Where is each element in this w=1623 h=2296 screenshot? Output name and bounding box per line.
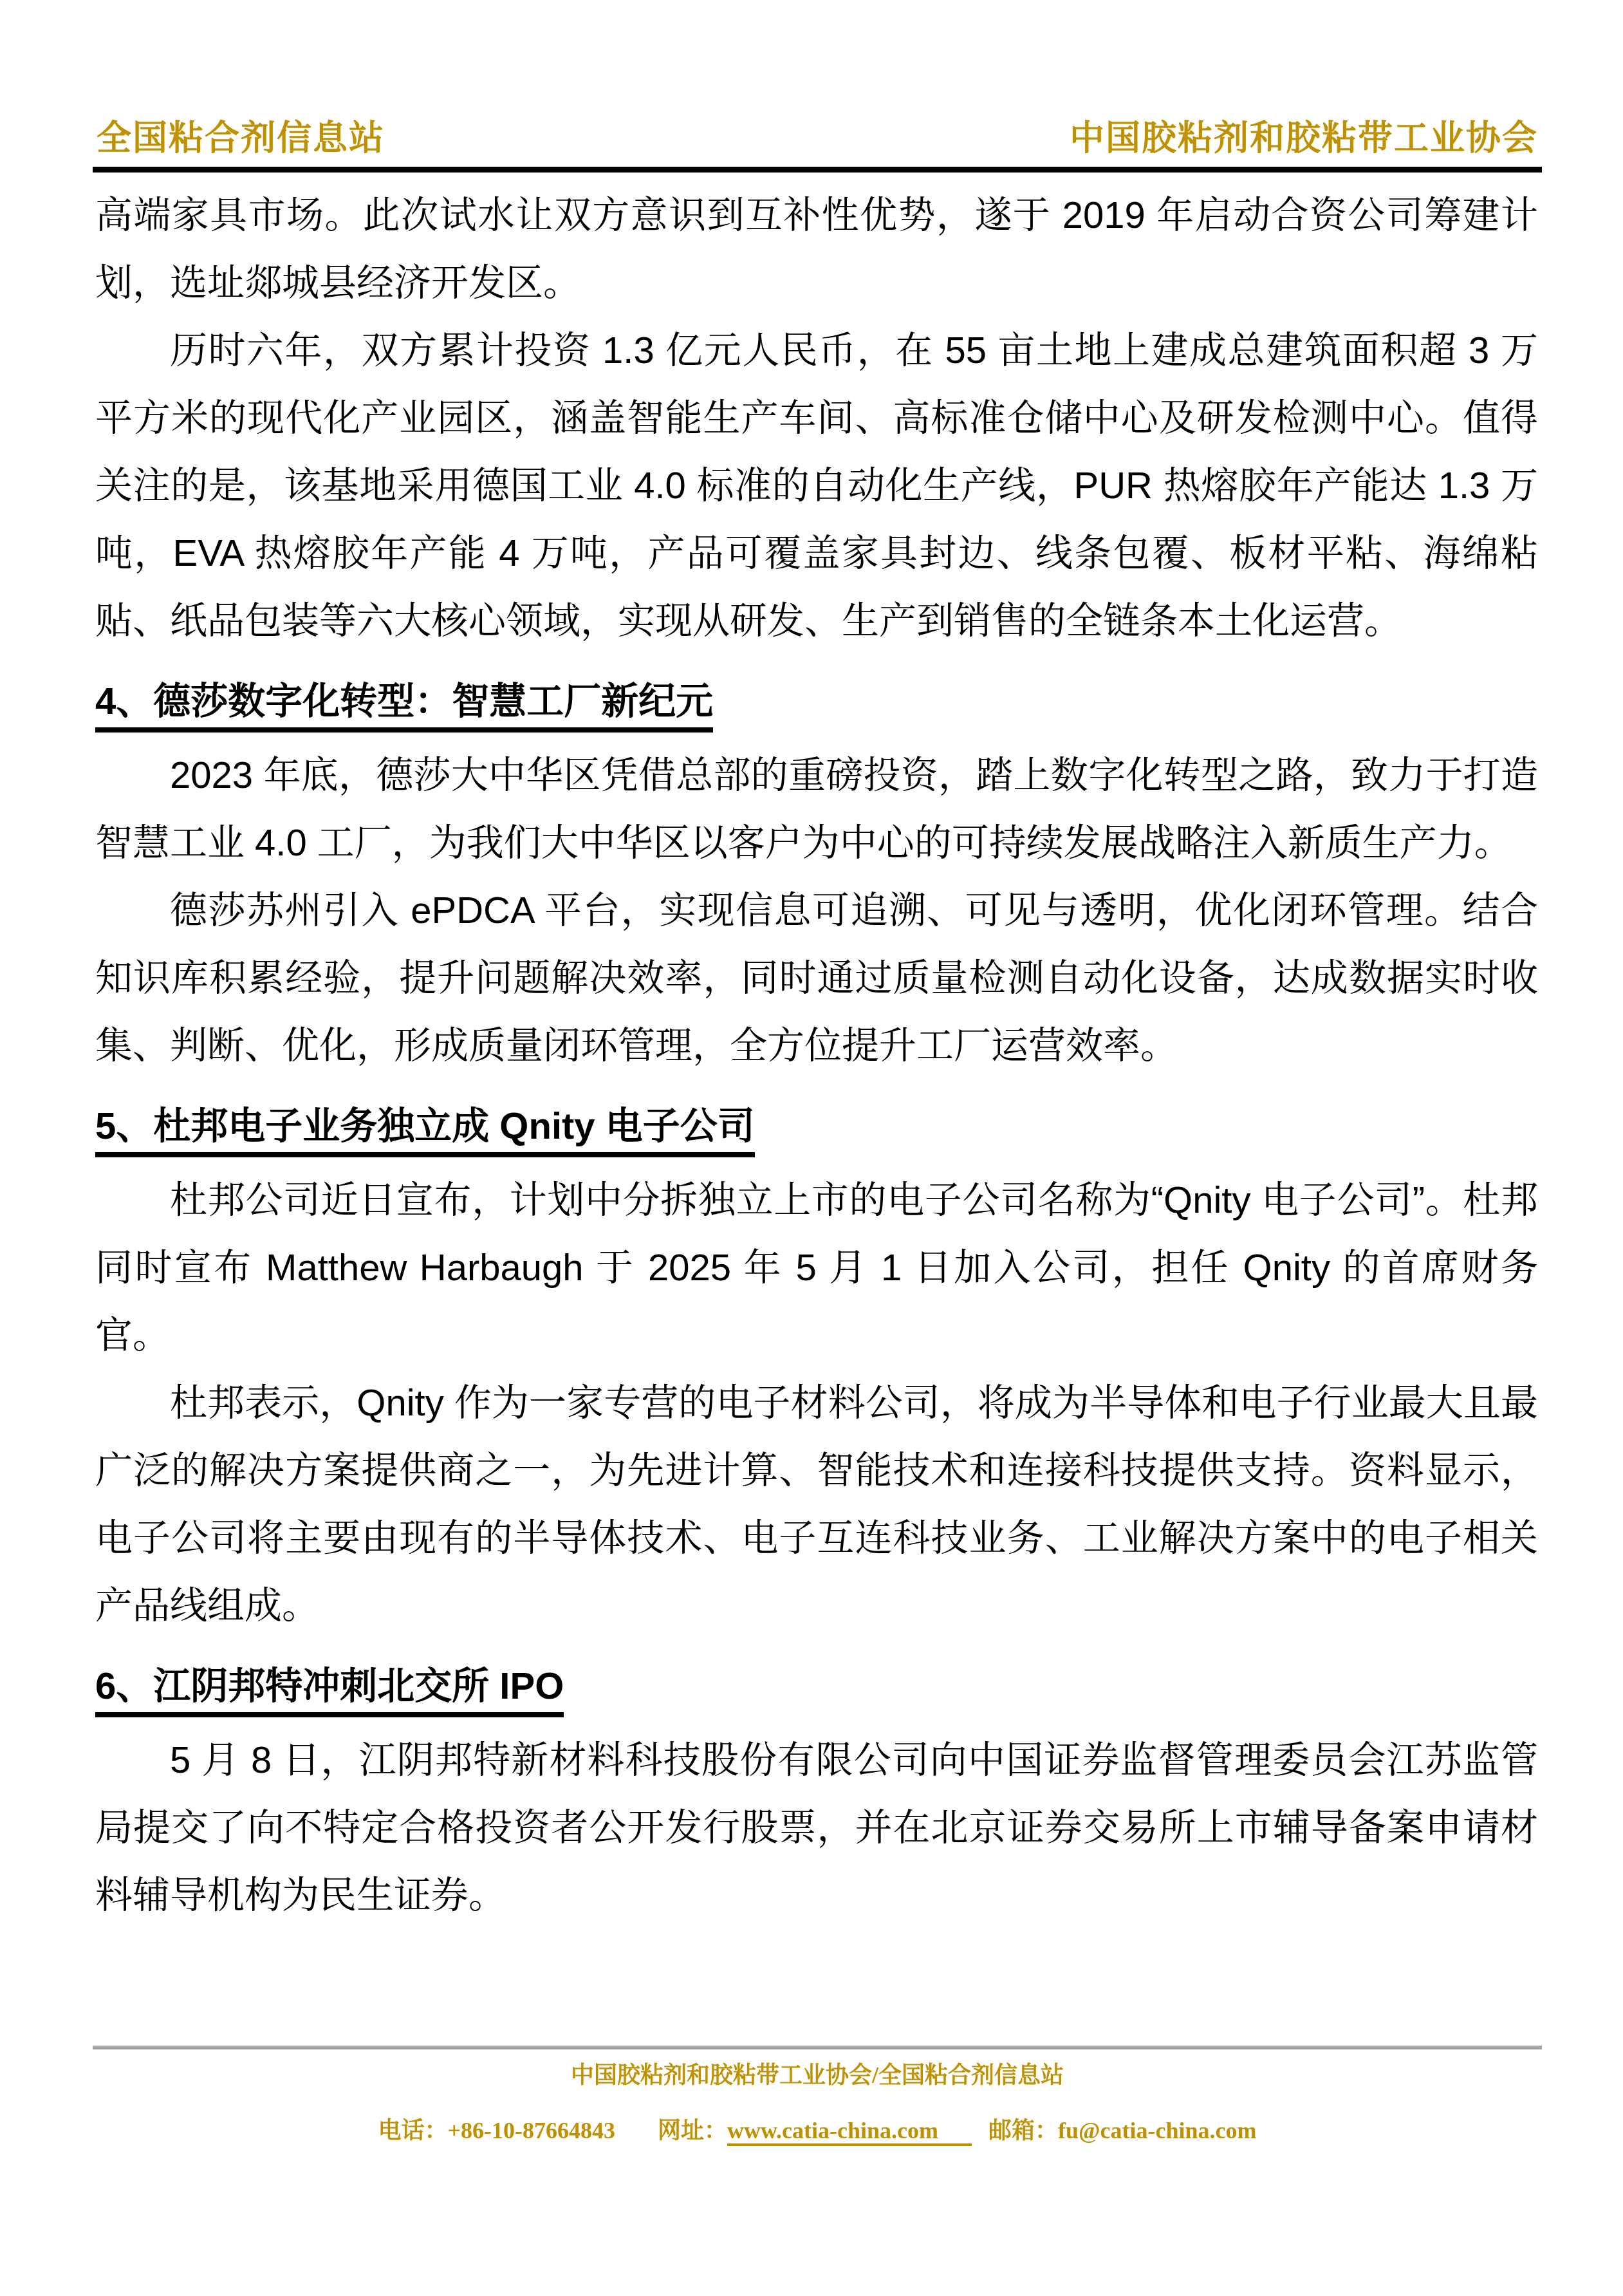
section-heading-4: 4、德莎数字化转型：智慧工厂新纪元: [95, 667, 1538, 735]
footer-web-label: 网址：: [658, 2118, 727, 2143]
page-header: 全国粘合剂信息站 中国胶粘剂和胶粘带工业协会: [93, 0, 1542, 173]
footer-email-label: 邮箱：: [988, 2118, 1058, 2143]
footer-divider: [93, 2046, 1542, 2049]
body-paragraph: 高端家具市场。此次试水让双方意识到互补性优势，遂于 2019 年启动合资公司筹建…: [95, 182, 1538, 317]
header-right-title: 中国胶粘剂和胶粘带工业协会: [1070, 119, 1538, 158]
footer-contact: 电话：+86-10-87664843网址：www.catia-china.com…: [93, 2116, 1542, 2145]
page-footer: 中国胶粘剂和胶粘带工业协会/全国粘合剂信息站 电话：+86-10-8766484…: [93, 2046, 1542, 2145]
body-paragraph: 杜邦公司近日宣布，计划中分拆独立上市的电子公司名称为“Qnity 电子公司”。杜…: [95, 1166, 1538, 1369]
body-paragraph: 2023 年底，德莎大中华区凭借总部的重磅投资，踏上数字化转型之路，致力于打造智…: [95, 742, 1538, 877]
document-body: 高端家具市场。此次试水让双方意识到互补性优势，遂于 2019 年启动合资公司筹建…: [95, 182, 1538, 1929]
section-heading-6-text: 6、江阴邦特冲刺北交所 IPO: [95, 1665, 564, 1717]
footer-email: fu@catia-china.com: [1058, 2118, 1256, 2143]
footer-organization: 中国胶粘剂和胶粘带工业协会/全国粘合剂信息站: [93, 2061, 1542, 2089]
footer-phone-label: 电话：: [378, 2118, 448, 2143]
section-heading-5: 5、杜邦电子业务独立成 Qnity 电子公司: [95, 1092, 1538, 1160]
body-paragraph: 杜邦表示，Qnity 作为一家专营的电子材料公司，将成为半导体和电子行业最大且最…: [95, 1369, 1538, 1639]
header-left-title: 全国粘合剂信息站: [97, 119, 385, 158]
document-page: 全国粘合剂信息站 中国胶粘剂和胶粘带工业协会 高端家具市场。此次试水让双方意识到…: [0, 0, 1623, 2296]
section-heading-6: 6、江阴邦特冲刺北交所 IPO: [95, 1652, 1538, 1720]
section-heading-4-text: 4、德莎数字化转型：智慧工厂新纪元: [95, 680, 713, 733]
body-paragraph: 德莎苏州引入 ePDCA 平台，实现信息可追溯、可见与透明，优化闭环管理。结合知…: [95, 877, 1538, 1079]
body-paragraph: 历时六年，双方累计投资 1.3 亿元人民币，在 55 亩土地上建成总建筑面积超 …: [95, 317, 1538, 655]
footer-phone: +86-10-87664843: [448, 2118, 616, 2143]
footer-website-link[interactable]: www.catia-china.com: [727, 2118, 972, 2146]
section-heading-5-text: 5、杜邦电子业务独立成 Qnity 电子公司: [95, 1105, 755, 1157]
body-paragraph: 5 月 8 日，江阴邦特新材料科技股份有限公司向中国证券监督管理委员会江苏监管局…: [95, 1726, 1538, 1929]
